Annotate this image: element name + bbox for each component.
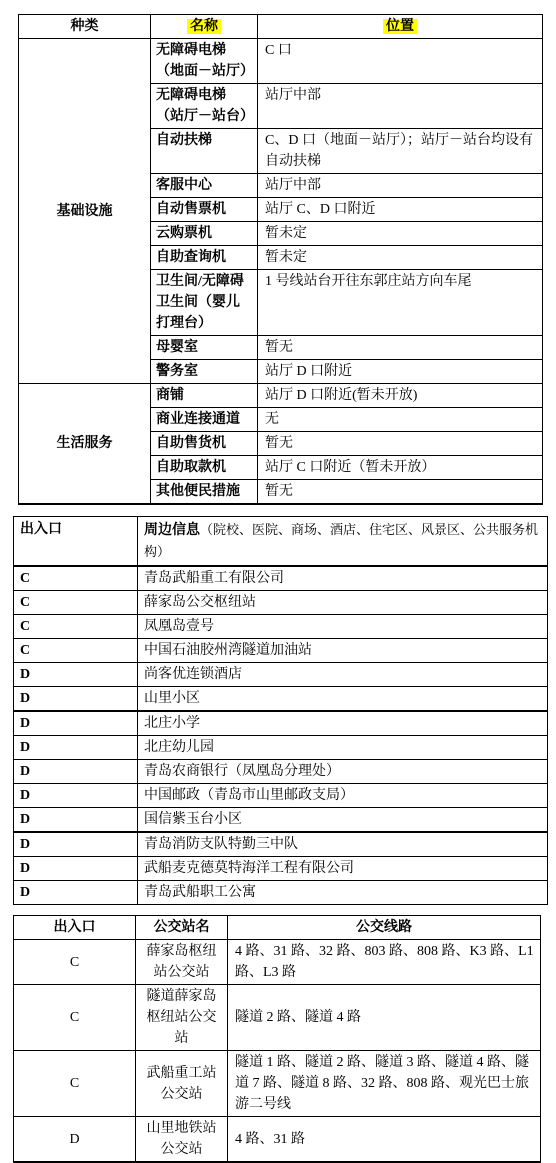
exit-letter-cell: D [14, 808, 138, 833]
exit-row: D青岛消防支队特勤三中队 [14, 832, 548, 857]
bus-table-body: C薛家岛枢纽站公交站4 路、31 路、32 路、803 路、808 路、K3 路… [14, 940, 541, 1163]
exits-info-title: 周边信息 [144, 523, 200, 538]
facility-name-cell: 自助售货机 [151, 432, 258, 456]
bus-exit-cell: D [14, 1117, 136, 1163]
exit-letter-cell: D [14, 736, 138, 760]
facility-location-cell: 暂未定 [258, 246, 543, 270]
facility-location-cell: 站厅 D 口附近 [258, 360, 543, 384]
facility-category-cell: 生活服务 [19, 384, 151, 505]
exit-row: D中国邮政（青岛市山里邮政支局） [14, 784, 548, 808]
facilities-table-body: 基础设施无障碍电梯（地面－站厅）C 口无障碍电梯（站厅－站台）站厅中部自动扶梯C… [19, 39, 543, 505]
exit-row: C青岛武船重工有限公司 [14, 566, 548, 591]
exit-row: C薛家岛公交枢纽站 [14, 591, 548, 615]
facility-name-cell: 商铺 [151, 384, 258, 408]
exit-letter-cell: D [14, 687, 138, 712]
facility-location-cell: 站厅中部 [258, 84, 543, 129]
facility-name-cell: 自助取款机 [151, 456, 258, 480]
exit-place-cell: 国信紫玉台小区 [138, 808, 548, 833]
facilities-table: 种类 名称 位置 基础设施无障碍电梯（地面－站厅）C 口无障碍电梯（站厅－站台）… [18, 14, 543, 505]
exit-place-cell: 青岛农商银行（凤凰岛分理处） [138, 760, 548, 784]
exit-row: C凤凰岛壹号 [14, 615, 548, 639]
bus-stop-cell: 武船重工站公交站 [136, 1051, 228, 1117]
exit-place-cell: 青岛武船职工公寓 [138, 881, 548, 905]
exit-letter-cell: D [14, 663, 138, 687]
facility-location-cell: 1 号线站台开往东郭庄站方向车尾 [258, 270, 543, 336]
facilities-header-row: 种类 名称 位置 [19, 15, 543, 39]
exit-place-cell: 青岛消防支队特勤三中队 [138, 832, 548, 857]
exit-letter-cell: D [14, 711, 138, 736]
facility-location-cell: 站厅中部 [258, 174, 543, 198]
location-header-highlight: 位置 [383, 19, 417, 34]
bus-header-stop: 公交站名 [136, 916, 228, 940]
exit-row: D尚客优连锁酒店 [14, 663, 548, 687]
facility-location-cell: 暂无 [258, 480, 543, 505]
name-header-highlight: 名称 [187, 19, 221, 34]
facility-name-cell: 客服中心 [151, 174, 258, 198]
exit-letter-cell: D [14, 760, 138, 784]
exit-row: D北庄小学 [14, 711, 548, 736]
facility-name-cell: 无障碍电梯（地面－站厅） [151, 39, 258, 84]
facility-location-cell: 站厅 D 口附近(暂未开放) [258, 384, 543, 408]
facility-name-cell: 警务室 [151, 360, 258, 384]
exit-row: D武船麦克德莫特海洋工程有限公司 [14, 857, 548, 881]
exit-letter-cell: D [14, 857, 138, 881]
bus-stop-cell: 隧道薛家岛枢纽站公交站 [136, 985, 228, 1051]
exit-letter-cell: C [14, 615, 138, 639]
bus-table: 出入口 公交站名 公交线路 C薛家岛枢纽站公交站4 路、31 路、32 路、80… [13, 915, 541, 1163]
facility-name-cell: 其他便民措施 [151, 480, 258, 505]
exit-row: D青岛农商银行（凤凰岛分理处） [14, 760, 548, 784]
facility-name-cell: 自助查询机 [151, 246, 258, 270]
exit-place-cell: 青岛武船重工有限公司 [138, 566, 548, 591]
exit-row: C中国石油胶州湾隧道加油站 [14, 639, 548, 663]
exit-row: D青岛武船职工公寓 [14, 881, 548, 905]
bus-exit-cell: C [14, 1051, 136, 1117]
exit-place-cell: 武船麦克德莫特海洋工程有限公司 [138, 857, 548, 881]
facilities-header-name: 名称 [151, 15, 258, 39]
exits-info-note: （院校、医院、商场、酒店、住宅区、风景区、公共服务机构） [144, 522, 538, 559]
exit-place-cell: 中国邮政（青岛市山里邮政支局） [138, 784, 548, 808]
facility-name-cell: 卫生间/无障碍卫生间（婴儿打理台） [151, 270, 258, 336]
exits-header-row: 出入口 周边信息（院校、医院、商场、酒店、住宅区、风景区、公共服务机构） [14, 517, 548, 567]
exit-letter-cell: C [14, 639, 138, 663]
facility-location-cell: 暂无 [258, 336, 543, 360]
facility-name-cell: 无障碍电梯（站厅－站台） [151, 84, 258, 129]
facilities-header-category: 种类 [19, 15, 151, 39]
bus-exit-cell: C [14, 985, 136, 1051]
bus-stop-cell: 山里地铁站公交站 [136, 1117, 228, 1163]
facility-name-cell: 母婴室 [151, 336, 258, 360]
exit-place-cell: 北庄幼儿园 [138, 736, 548, 760]
exit-letter-cell: C [14, 591, 138, 615]
facility-location-cell: 站厅 C 口附近（暂未开放） [258, 456, 543, 480]
exit-place-cell: 山里小区 [138, 687, 548, 712]
bus-header-row: 出入口 公交站名 公交线路 [14, 916, 541, 940]
facility-location-cell: C、D 口（地面－站厅）；站厅－站台均设有自动扶梯 [258, 129, 543, 174]
facility-location-cell: 站厅 C、D 口附近 [258, 198, 543, 222]
facility-row: 生活服务商铺站厅 D 口附近(暂未开放) [19, 384, 543, 408]
bus-exit-cell: C [14, 940, 136, 985]
exit-row: D国信紫玉台小区 [14, 808, 548, 833]
facility-name-cell: 自动扶梯 [151, 129, 258, 174]
exit-letter-cell: D [14, 784, 138, 808]
exit-place-cell: 薛家岛公交枢纽站 [138, 591, 548, 615]
facility-name-cell: 自动售票机 [151, 198, 258, 222]
facility-name-cell: 云购票机 [151, 222, 258, 246]
bus-row: C隧道薛家岛枢纽站公交站隧道 2 路、隧道 4 路 [14, 985, 541, 1051]
exit-place-cell: 尚客优连锁酒店 [138, 663, 548, 687]
exits-table: 出入口 周边信息（院校、医院、商场、酒店、住宅区、风景区、公共服务机构） C青岛… [13, 516, 548, 905]
exits-header-info: 周边信息（院校、医院、商场、酒店、住宅区、风景区、公共服务机构） [138, 517, 548, 567]
bus-lines-cell: 隧道 1 路、隧道 2 路、隧道 3 路、隧道 4 路、隧道 7 路、隧道 8 … [228, 1051, 541, 1117]
bus-row: C武船重工站公交站隧道 1 路、隧道 2 路、隧道 3 路、隧道 4 路、隧道 … [14, 1051, 541, 1117]
bus-stop-cell: 薛家岛枢纽站公交站 [136, 940, 228, 985]
exit-place-cell: 凤凰岛壹号 [138, 615, 548, 639]
bus-row: D山里地铁站公交站4 路、31 路 [14, 1117, 541, 1163]
exit-row: D北庄幼儿园 [14, 736, 548, 760]
exit-letter-cell: D [14, 881, 138, 905]
exits-table-body: C青岛武船重工有限公司C薛家岛公交枢纽站C凤凰岛壹号C中国石油胶州湾隧道加油站D… [14, 566, 548, 905]
exit-place-cell: 中国石油胶州湾隧道加油站 [138, 639, 548, 663]
facility-location-cell: C 口 [258, 39, 543, 84]
bus-lines-cell: 4 路、31 路、32 路、803 路、808 路、K3 路、L1 路、L3 路 [228, 940, 541, 985]
facility-name-cell: 商业连接通道 [151, 408, 258, 432]
exit-letter-cell: D [14, 832, 138, 857]
exit-place-cell: 北庄小学 [138, 711, 548, 736]
facility-row: 基础设施无障碍电梯（地面－站厅）C 口 [19, 39, 543, 84]
bus-row: C薛家岛枢纽站公交站4 路、31 路、32 路、803 路、808 路、K3 路… [14, 940, 541, 985]
facility-location-cell: 暂未定 [258, 222, 543, 246]
bus-header-lines: 公交线路 [228, 916, 541, 940]
bus-header-exit: 出入口 [14, 916, 136, 940]
facility-location-cell: 暂无 [258, 432, 543, 456]
bus-lines-cell: 4 路、31 路 [228, 1117, 541, 1163]
exit-letter-cell: C [14, 566, 138, 591]
exits-header-exit: 出入口 [14, 517, 138, 567]
facility-location-cell: 无 [258, 408, 543, 432]
bus-lines-cell: 隧道 2 路、隧道 4 路 [228, 985, 541, 1051]
exit-row: D山里小区 [14, 687, 548, 712]
facilities-header-location: 位置 [258, 15, 543, 39]
facility-category-cell: 基础设施 [19, 39, 151, 384]
